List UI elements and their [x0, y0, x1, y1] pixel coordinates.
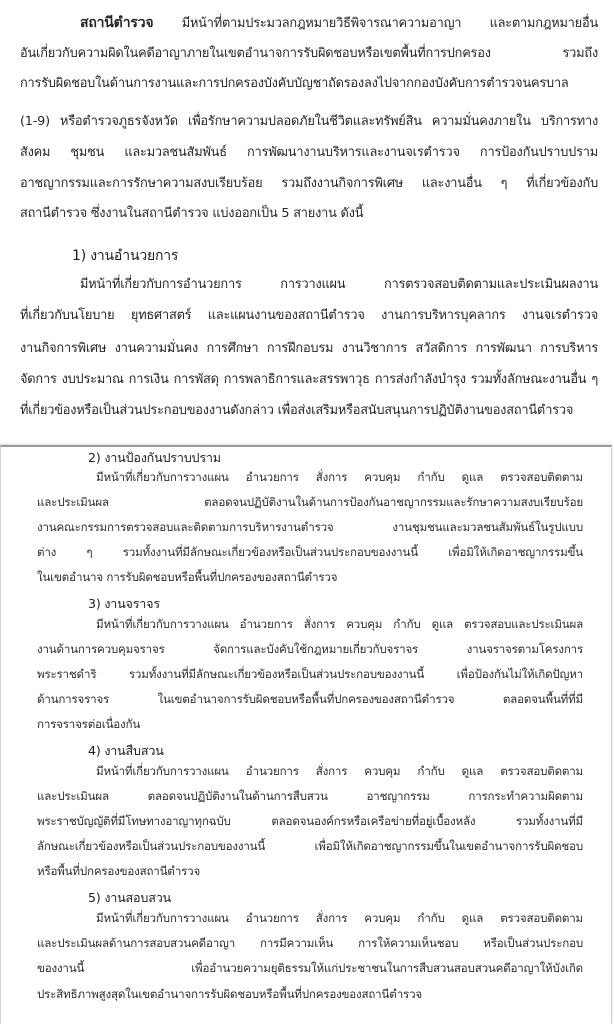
intro-line-7: สถานีตำรวจ ซึ่งงานในสถานีตำรวจ แบ่งออกเป…: [20, 202, 598, 223]
section-4-line-1: มีหน้าที่เกี่ยวกับการวางแผน อำนวยการ สั่…: [96, 763, 583, 781]
section-heading-2: 2) งานป้องกันปราบปราม: [88, 448, 221, 468]
section-2-line-2: และประเมินผล ตลอดจนปฏิบัติงานในด้านการป้…: [37, 494, 583, 512]
section-5-line-2: และประเมินผลด้านการสอบสวนคดีอาญา การมีคว…: [37, 935, 583, 953]
section-1-line-4: จัดการ งบประมาณ การเงิน การพัสดุ การพลาธ…: [20, 368, 598, 389]
intro-line-3: การรับผิดชอบในด้านการงานและการปกครองบังค…: [20, 72, 598, 93]
section-1-line-2: ที่เกี่ยวกับนโยบาย ยุทธศาสตร์ และแผนงานข…: [20, 304, 598, 325]
section-1-line-3: งานกิจการพิเศษ งานความมั่นคง การศึกษา กา…: [20, 337, 598, 358]
section-2-line-1: มีหน้าที่เกี่ยวกับการวางแผน อำนวยการ สั่…: [96, 469, 583, 487]
intro-line-6: อาชญากรรมและการรักษาความสงบเรียบร้อย รวม…: [20, 172, 598, 193]
section-2-line-3: งานคณะกรรมการตรวจสอบและติดตามการบริหารงา…: [37, 519, 583, 537]
section-4-line-4: ลักษณะเกี่ยวข้องหรือเป็นส่วนประกอบของงาน…: [37, 838, 583, 856]
section-5-line-3: ของงานนี้ เพื่ออำนวยความยุติธรรมให้แก่ปร…: [37, 960, 583, 978]
section-1-line-1: มีหน้าที่เกี่ยวกับการอำนวยการ การวางแผน …: [80, 273, 598, 294]
section-5-line-4: ประสิทธิภาพสูงสุดในเขตอำนาจการรับผิดชอบห…: [37, 986, 583, 1004]
intro-line-4: (1-9) หรือตำรวจภูธรจังหวัด เพื่อรักษาควา…: [20, 110, 598, 131]
intro-line-2: อันเกี่ยวกับความผิดในคดีอาญาภายในเขตอำนา…: [20, 42, 598, 63]
section-3-line-1: มีหน้าที่เกี่ยวกับการวางแผน อำนวยการ สั่…: [96, 616, 583, 634]
section-1-line-5: ที่เกี่ยวข้องหรือเป็นส่วนประกอบของงานดัง…: [20, 399, 598, 420]
section-5-line-1: มีหน้าที่เกี่ยวกับการวางแผน อำนวยการ สั่…: [96, 910, 583, 928]
section-4-line-5: หรือพื้นที่ปกครองของสถานีตำรวจ: [37, 863, 583, 881]
section-4-line-3: พระราชบัญญัติที่มีโทษทางอาญาทุกฉบับ ตลอด…: [37, 813, 583, 831]
document-page-top: สถานีตำรวจ มีหน้าที่ตามประมวลกฎหมายวิธีพ…: [0, 0, 614, 444]
intro-lead-term: สถานีตำรวจ: [80, 15, 153, 31]
section-heading-1: 1) งานอำนวยการ: [72, 245, 178, 267]
section-2-line-4: ต่าง ๆ รวมทั้งงานที่มีลักษณะเกี่ยวข้องหร…: [37, 544, 583, 562]
intro-line-5: สังคม ชุมชน และมวลชนสัมพันธ์ การพัฒนางาน…: [20, 141, 598, 162]
section-heading-4: 4) งานสืบสวน: [88, 741, 164, 761]
section-2-line-5: ในเขตอำนาจ การรับผิดชอบหรือพื้นที่ปกครอง…: [37, 569, 583, 587]
section-3-line-2: งานด้านการควบคุมจราจร จัดการและบังคับใช้…: [37, 641, 583, 659]
section-3-line-3: พระราชดำริ รวมทั้งงานที่มีลักษณะเกี่ยวข้…: [37, 666, 583, 684]
intro-line-1: สถานีตำรวจ มีหน้าที่ตามประมวลกฎหมายวิธีพ…: [80, 12, 598, 34]
section-heading-3: 3) งานจราจร: [88, 594, 160, 614]
section-4-line-2: และประเมินผล ตลอดจนปฏิบัติงานในด้านการสื…: [37, 788, 583, 806]
section-3-line-4: ด้านการจราจร ในเขตอำนาจการรับผิดชอบหรือพ…: [37, 691, 583, 709]
section-heading-5: 5) งานสอบสวน: [88, 888, 171, 908]
section-3-line-5: การจราจรต่อเนื่องกัน: [37, 716, 583, 734]
